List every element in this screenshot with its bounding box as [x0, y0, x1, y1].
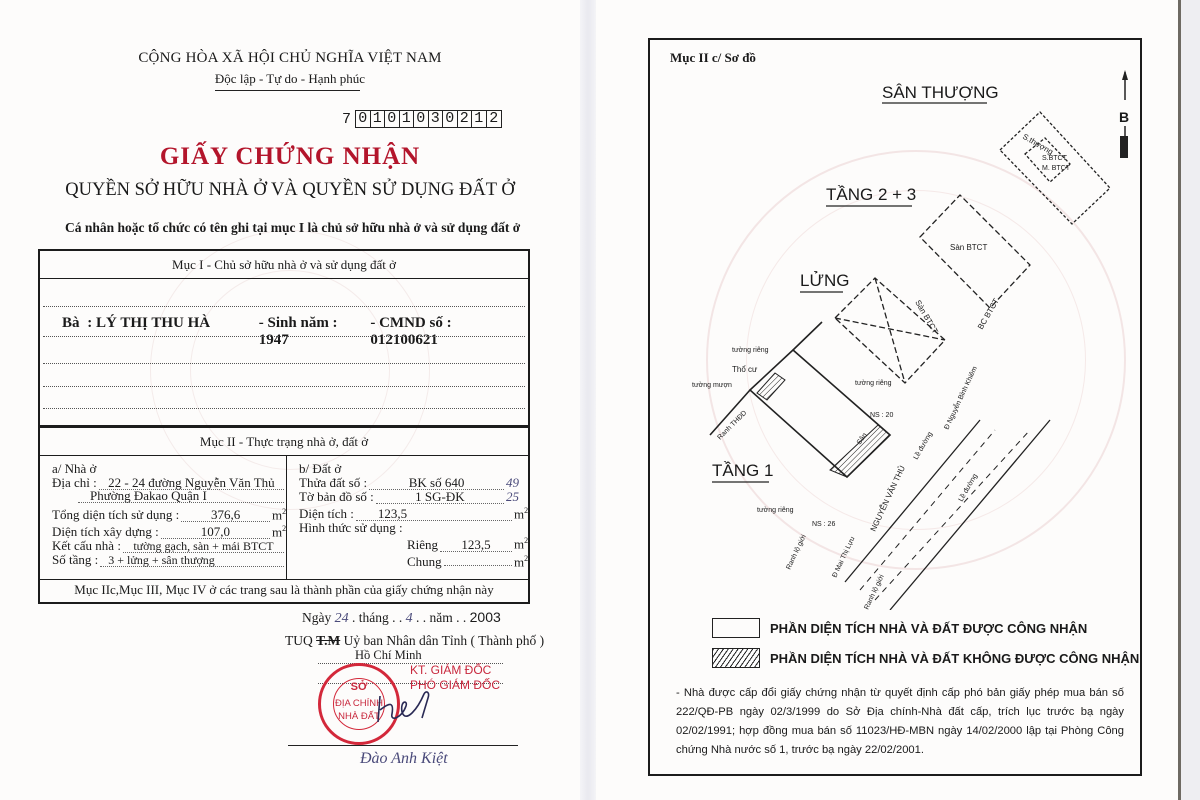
national-motto: Độc lập - Tự do - Hạnh phúc — [0, 71, 580, 87]
property-details: a/ Nhà ở Địa chỉ : 22 - 24 đường Nguyễn … — [40, 456, 528, 580]
national-header: CỘNG HÒA XÃ HỘI CHỦ NGHĨA VIỆT NAM — [0, 50, 580, 67]
dotted-line — [43, 408, 525, 409]
shared-label: Chung — [407, 555, 442, 569]
parcel-handwritten-note: 49 — [506, 476, 528, 490]
legend-swatch-hatched — [712, 648, 760, 668]
authority-city: Hồ Chí Minh — [355, 648, 422, 663]
shared-area-value — [444, 565, 512, 566]
land-area-label: Diện tích : — [299, 507, 354, 521]
parcel-value: BK số 640 — [369, 477, 504, 490]
unit: m2 — [272, 522, 286, 539]
site-plan-frame: Mục II c/ Sơ đồ B SÂN THƯỢNG TẦNG 2 + 3 … — [648, 38, 1142, 776]
signature-rule — [288, 745, 518, 746]
motto-underline — [215, 90, 360, 91]
structure-label: Kết cấu nhà : — [52, 539, 121, 553]
floors-label: Số tầng : — [52, 553, 98, 567]
serial-digit: 3 — [429, 111, 444, 127]
structure-value: tường gạch, sàn + mái BTCT — [123, 540, 284, 553]
build-area-label: Diện tích xây dựng : — [52, 525, 159, 539]
land-area-value: 123,5 — [356, 508, 512, 521]
map-sheet-handwritten-note: 25 — [506, 490, 528, 504]
issuing-authority: TUQ T.M Uỷ ban Nhân dân Tỉnh ( Thành phố… — [285, 633, 544, 649]
svg-text:B: B — [1119, 109, 1129, 125]
svg-text:Thổ cư: Thổ cư — [732, 365, 758, 374]
map-sheet-label: Tờ bản đồ số : — [299, 490, 374, 504]
serial-digit: 1 — [400, 111, 415, 127]
map-sheet-field: Tờ bản đồ số : 1 SG-ĐK 25 — [299, 490, 528, 504]
floors-field: Số tầng : 3 + lửng + sân thượng — [52, 553, 286, 567]
svg-text:tường riêng: tường riêng — [732, 347, 769, 354]
parcel-field: Thửa đất số : BK số 640 49 — [299, 476, 528, 490]
serial-digit: 0 — [356, 111, 371, 127]
svg-text:Đ Nguyễn Bỉnh Khiêm: Đ Nguyễn Bỉnh Khiêm — [942, 364, 979, 430]
svg-text:BC BTCT: BC BTCT — [976, 297, 1001, 331]
owner-line: Bà : LÝ THỊ THU HÀ - Sinh năm : 1947 - C… — [62, 315, 508, 349]
serial-digit: 0 — [414, 111, 429, 127]
dotted-line — [43, 363, 525, 364]
total-area-field: Tổng diện tích sử dụng : 376,6 m2 — [52, 505, 286, 522]
issue-year: 2003 — [470, 609, 501, 625]
section-owner: Mục I - Chủ sở hữu nhà ở và sử dụng đất … — [38, 249, 530, 427]
section-property-heading: Mục II - Thực trạng nhà ở, đất ở — [40, 428, 528, 456]
background-strip — [1181, 0, 1200, 800]
owner-birth-year: - Sinh năm : 1947 — [259, 315, 361, 349]
svg-text:LỬNG: LỬNG — [800, 271, 849, 290]
build-area-field: Diện tích xây dựng : 107,0 m2 — [52, 522, 286, 539]
certificate-intro: Cá nhân hoặc tổ chức có tên ghi tại mục … — [65, 220, 520, 236]
legend-recognized: PHẦN DIỆN TÍCH NHÀ VÀ ĐẤT ĐƯỢC CÔNG NHẬN — [712, 618, 1087, 638]
build-area-value: 107,0 — [161, 526, 270, 539]
certificate-subtitle: QUYỀN SỞ HỮU NHÀ Ở VÀ QUYỀN SỬ DỤNG ĐẤT … — [0, 180, 580, 201]
section-footer-note: Mục IIc,Mục III, Mục IV ở các trang sau … — [40, 578, 528, 602]
svg-text:Sàn BTCT: Sàn BTCT — [913, 299, 940, 336]
land-area-field: Diện tích : 123,5 m2 — [299, 504, 528, 521]
svg-text:NS : 26: NS : 26 — [812, 521, 835, 528]
address-label: Địa chỉ : — [52, 476, 97, 490]
section-owner-heading: Mục I - Chủ sở hữu nhà ở và sử dụng đất … — [40, 251, 528, 279]
svg-text:Ranh lộ giới: Ranh lộ giới — [785, 533, 807, 570]
serial-number: 7 0101030212 — [342, 110, 502, 128]
unit: m2 — [272, 505, 286, 522]
unit: m2 — [514, 552, 528, 569]
serial-digit: 0 — [385, 111, 400, 127]
certificate-title: GIẤY CHỨNG NHẬN — [0, 143, 580, 171]
serial-digit: 0 — [443, 111, 458, 127]
issue-date: Ngày 24 . tháng . . 4 . . năm . . 2003 — [302, 609, 501, 627]
private-area-value: 123,5 — [440, 539, 512, 552]
svg-text:tường riêng: tường riêng — [855, 380, 892, 387]
house-details: a/ Nhà ở Địa chỉ : 22 - 24 đường Nguyễn … — [40, 456, 287, 579]
unit: m2 — [514, 534, 528, 551]
private-area-field: Riêng 123,5 m2 — [299, 534, 528, 551]
owner-title: Bà — [62, 315, 87, 332]
total-area-label: Tổng diện tích sử dụng : — [52, 508, 179, 522]
svg-text:S.BTCT: S.BTCT — [1042, 155, 1068, 162]
legend-label: PHẦN DIỆN TÍCH NHÀ VÀ ĐẤT ĐƯỢC CÔNG NHẬN — [770, 621, 1087, 636]
svg-text:SÂN THƯỢNG: SÂN THƯỢNG — [882, 83, 999, 102]
signature — [372, 688, 442, 728]
structure-field: Kết cấu nhà : tường gạch, sàn + mái BTCT — [52, 539, 286, 553]
svg-text:NGUYỄN VĂN THỦ: NGUYỄN VĂN THỦ — [869, 464, 907, 533]
serial-digit: 1 — [472, 111, 487, 127]
issue-month: 4 — [406, 611, 413, 626]
svg-text:tường riêng: tường riêng — [757, 507, 794, 514]
issuance-note: - Nhà được cấp đổi giấy chứng nhận từ qu… — [676, 684, 1124, 760]
serial-digit: 2 — [458, 111, 473, 127]
certificate-front-page: CỘNG HÒA XÃ HỘI CHỦ NGHĨA VIỆT NAM Độc l… — [0, 0, 580, 800]
owner-name: : LÝ THỊ THU HÀ — [87, 315, 259, 332]
svg-text:TẦNG 2 + 3: TẦNG 2 + 3 — [826, 185, 916, 204]
svg-text:NS : 20: NS : 20 — [870, 412, 893, 419]
svg-text:tường mượn: tường mượn — [692, 382, 732, 389]
page-gutter — [580, 0, 596, 800]
svg-text:TẦNG 1: TẦNG 1 — [712, 461, 773, 480]
north-arrow-icon: B — [1119, 70, 1129, 158]
serial-digit-boxes: 0101030212 — [355, 110, 502, 128]
legend-not-recognized: PHẦN DIỆN TÍCH NHÀ VÀ ĐẤT KHÔNG ĐƯỢC CÔN… — [712, 648, 1139, 668]
svg-text:Ranh THĐD: Ranh THĐD — [716, 410, 748, 442]
serial-prefix: 7 — [342, 111, 351, 128]
legend-label: PHẦN DIỆN TÍCH NHÀ VÀ ĐẤT KHÔNG ĐƯỢC CÔN… — [770, 651, 1139, 666]
total-area-value: 376,6 — [181, 509, 270, 522]
private-label: Riêng — [407, 538, 438, 552]
land-details: b/ Đất ở Thửa đất số : BK số 640 49 Tờ b… — [287, 456, 528, 579]
svg-text:M. BTCT: M. BTCT — [1042, 165, 1071, 172]
site-plan-sketch: B SÂN THƯỢNG TẦNG 2 + 3 LỬNG TẦNG 1 S.th… — [650, 40, 1140, 610]
house-heading: a/ Nhà ở — [52, 462, 286, 476]
issue-day: 24 — [335, 611, 349, 626]
dotted-line — [43, 336, 525, 337]
unit: m2 — [514, 504, 528, 521]
section-property-status: Mục II - Thực trạng nhà ở, đất ở a/ Nhà … — [38, 426, 530, 604]
address-line2: Phường Đakao Quận I — [78, 490, 284, 503]
dotted-line — [43, 386, 525, 387]
serial-digit: 2 — [487, 111, 502, 127]
usage-label: Hình thức sử dụng : — [299, 521, 528, 535]
floors-value: 3 + lửng + sân thượng — [100, 554, 284, 567]
shared-area-field: Chung m2 — [299, 552, 528, 569]
owner-id-number: - CMND số : 012100621 — [370, 315, 508, 349]
signer-name: Đào Anh Kiệt — [360, 750, 448, 768]
land-heading: b/ Đất ở — [299, 462, 528, 476]
map-sheet-value: 1 SG-ĐK — [376, 491, 504, 504]
serial-digit: 1 — [371, 111, 386, 127]
dotted-line — [43, 306, 525, 307]
parcel-label: Thửa đất số : — [299, 476, 367, 490]
svg-text:Lề đường: Lề đường — [911, 430, 934, 461]
svg-text:Sàn BTCT: Sàn BTCT — [950, 243, 987, 252]
role-kt-director: KT. GIÁM ĐỐC — [410, 663, 491, 677]
legend-swatch-plain — [712, 618, 760, 638]
address-line2-field: Phường Đakao Quận I — [52, 490, 286, 503]
